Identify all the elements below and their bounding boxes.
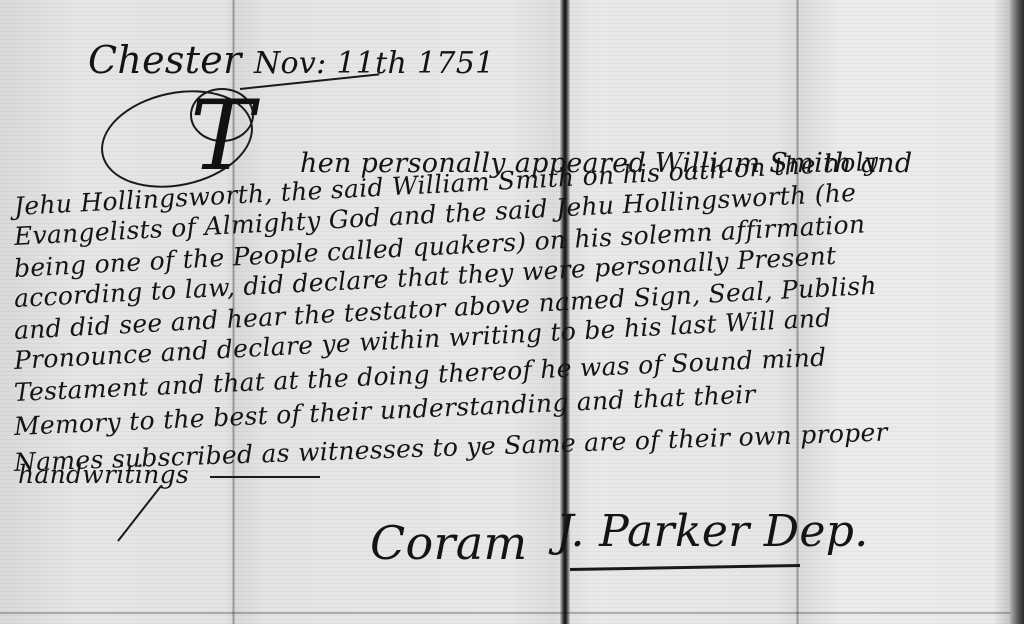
document-scan: Chester Nov: 11th 1751 T hen personally … [0,0,1024,624]
initial-letter: T [190,88,254,184]
body-line-11: handwritings [18,460,189,489]
signature: J. Parker Dep. [556,506,868,557]
signature-underline [570,564,800,571]
page-edge-shadow [1010,0,1024,624]
heading: Chester Nov: 11th 1751 [88,38,495,82]
fold-line-bottom [0,612,1024,614]
descender-stroke [117,485,162,541]
coram-label: Coram [370,516,527,570]
line-end-flourish [210,476,320,478]
heading-place: Chester [88,38,242,82]
